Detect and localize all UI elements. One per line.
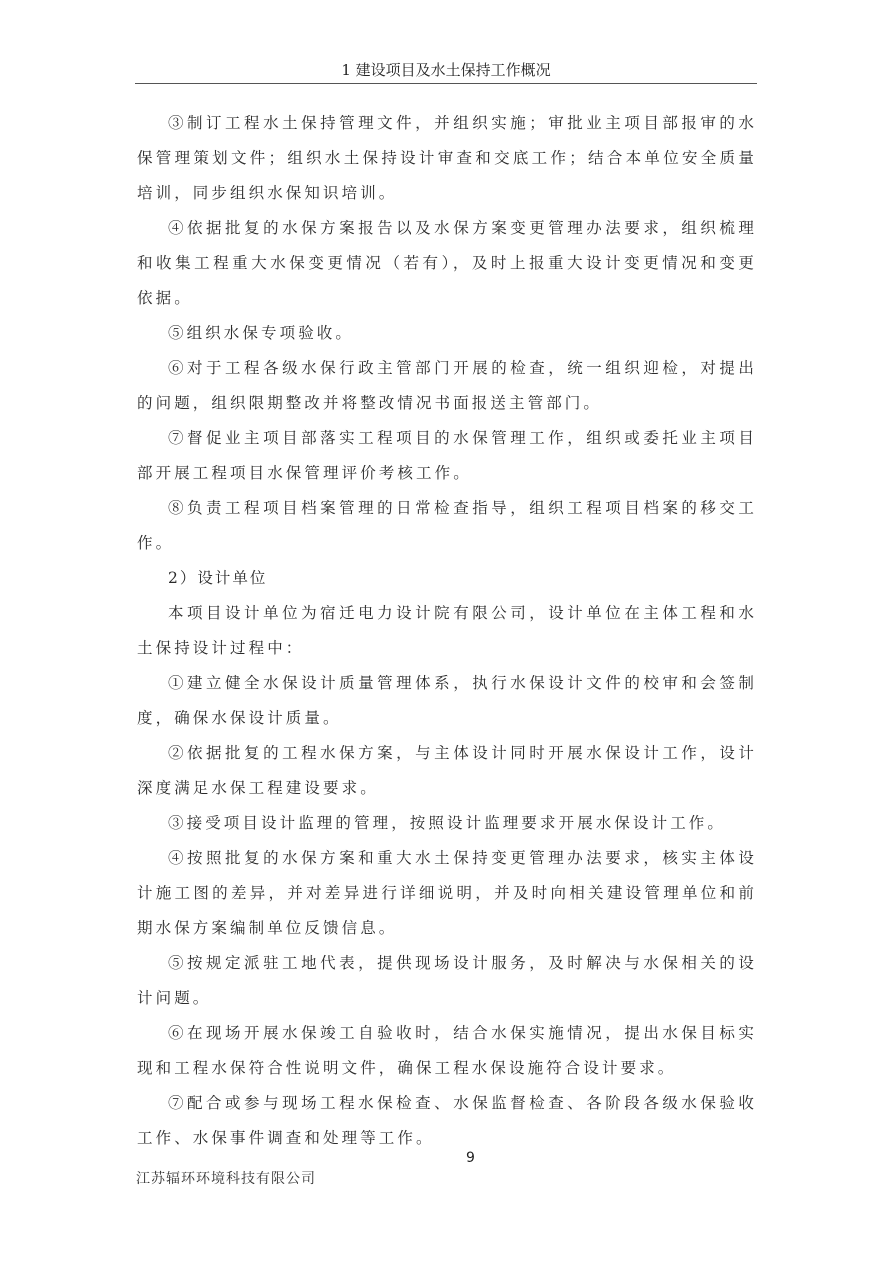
design-item-1: ①建立健全水保设计质量管理体系，执行水保设计文件的校审和会签制度，确保水保设计质… — [137, 666, 757, 736]
section-intro: 本项目设计单位为宿迁电力设计院有限公司，设计单位在主体工程和水土保持设计过程中： — [137, 596, 757, 666]
design-item-4: ④按照批复的水保方案和重大水土保持变更管理办法要求，核实主体设计施工图的差异，并… — [137, 841, 757, 946]
paragraph-item-5: ⑤组织水保专项验收。 — [137, 316, 757, 351]
design-item-6: ⑥在现场开展水保竣工自验收时，结合水保实施情况，提出水保目标实现和工程水保符合性… — [137, 1016, 757, 1086]
paragraph-item-6: ⑥对于工程各级水保行政主管部门开展的检查，统一组织迎检，对提出的问题，组织限期整… — [137, 351, 757, 421]
design-item-3: ③接受项目设计监理的管理，按照设计监理要求开展水保设计工作。 — [137, 806, 757, 841]
section-heading-design-unit: 2）设计单位 — [137, 561, 757, 596]
document-body: ③制订工程水土保持管理文件，并组织实施；审批业主项目部报审的水保管理策划文件；组… — [137, 106, 757, 1156]
paragraph-item-7: ⑦督促业主项目部落实工程项目的水保管理工作，组织或委托业主项目部开展工程项目水保… — [137, 421, 757, 491]
paragraph-item-4: ④依据批复的水保方案报告以及水保方案变更管理办法要求，组织梳理和收集工程重大水保… — [137, 211, 757, 316]
paragraph-item-3: ③制订工程水土保持管理文件，并组织实施；审批业主项目部报审的水保管理策划文件；组… — [137, 106, 757, 211]
design-item-5: ⑤按规定派驻工地代表，提供现场设计服务，及时解决与水保相关的设计问题。 — [137, 946, 757, 1016]
paragraph-item-8: ⑧负责工程项目档案管理的日常检查指导，组织工程项目档案的移交工作。 — [137, 491, 757, 561]
page-number: 9 — [0, 1150, 893, 1166]
running-header-title: 1 建设项目及水土保持工作概况 — [135, 60, 757, 80]
header-divider — [135, 83, 757, 84]
design-item-2: ②依据批复的工程水保方案，与主体设计同时开展水保设计工作，设计深度满足水保工程建… — [137, 736, 757, 806]
footer-company-name: 江苏辐环环境科技有限公司 — [136, 1168, 316, 1188]
design-item-7: ⑦配合或参与现场工程水保检查、水保监督检查、各阶段各级水保验收工作、水保事件调查… — [137, 1086, 757, 1156]
